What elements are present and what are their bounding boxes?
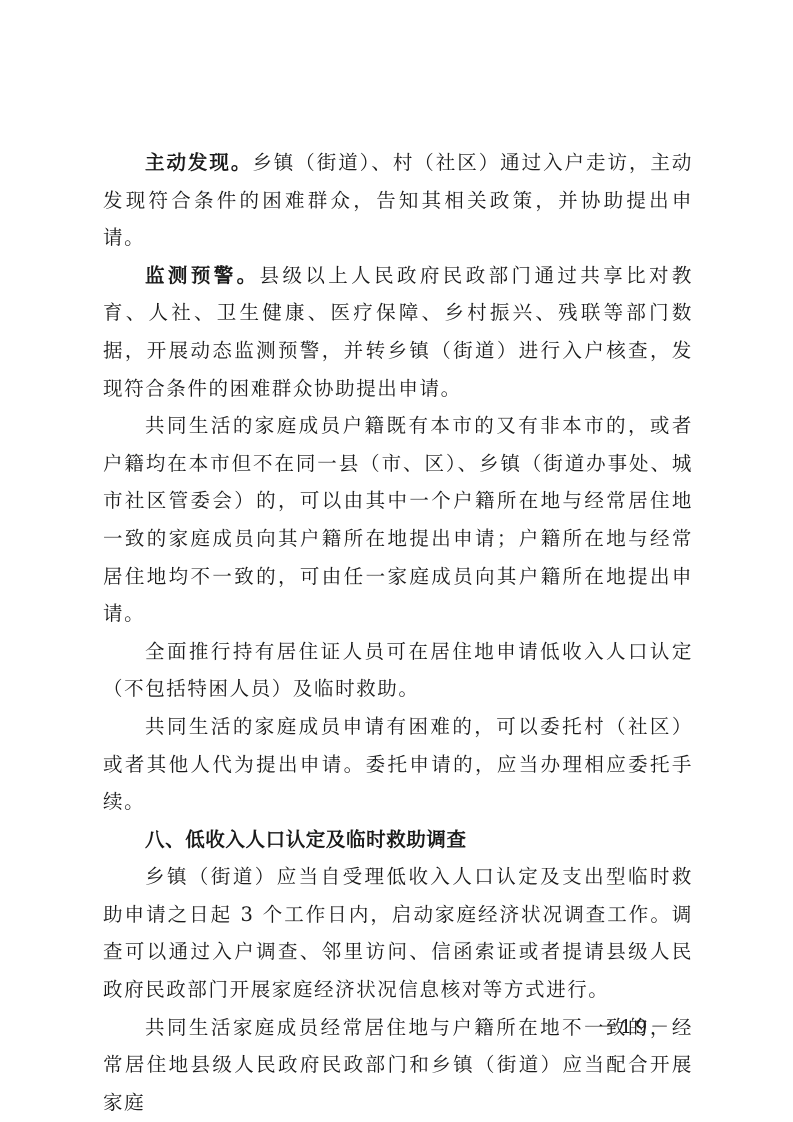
paragraph-residence-permit: 全面推行持有居住证人员可在居住地申请低收入人口认定（不包括特困人员）及临时救助。 — [103, 633, 693, 708]
paragraph-active-discovery: 主动发现。乡镇（街道）、村（社区）通过入户走访，主动发现符合条件的困难群众，告知… — [103, 144, 693, 257]
paragraph-monitoring-warning: 监测预警。县级以上人民政府民政部门通过共享比对教育、人社、卫生健康、医疗保障、乡… — [103, 257, 693, 407]
paragraph-text: 共同生活的家庭成员申请有困难的，可以委托村（社区）或者其他人代为提出申请。委托申… — [103, 715, 693, 813]
paragraph-text: 乡镇（街道）应当自受理低收入人口认定及支出型临时救助申请之日起 3 个工作日内，… — [103, 865, 693, 1001]
paragraph-household-registration: 共同生活的家庭成员户籍既有本市的又有非本市的，或者户籍均在本市但不在同一县（市、… — [103, 407, 693, 633]
paragraph-text: 共同生活的家庭成员户籍既有本市的又有非本市的，或者户籍均在本市但不在同一县（市、… — [103, 414, 693, 625]
paragraph-lead: 主动发现。 — [145, 151, 252, 174]
document-page: 主动发现。乡镇（街道）、村（社区）通过入户走访，主动发现符合条件的困难群众，告知… — [0, 0, 793, 1122]
page-body: 主动发现。乡镇（街道）、村（社区）通过入户走访，主动发现符合条件的困难群众，告知… — [103, 144, 693, 1121]
paragraph-investigation-start: 乡镇（街道）应当自受理低收入人口认定及支出型临时救助申请之日起 3 个工作日内，… — [103, 858, 693, 1008]
paragraph-text: 全面推行持有居住证人员可在居住地申请低收入人口认定（不包括特困人员）及临时救助。 — [103, 640, 693, 701]
paragraph-lead: 监测预警。 — [145, 264, 260, 287]
section-heading: 八、低收入人口认定及临时救助调查 — [103, 821, 693, 859]
paragraph-entrusted-application: 共同生活的家庭成员申请有困难的，可以委托村（社区）或者其他人代为提出申请。委托申… — [103, 708, 693, 821]
page-number: －19－ — [598, 1012, 672, 1039]
